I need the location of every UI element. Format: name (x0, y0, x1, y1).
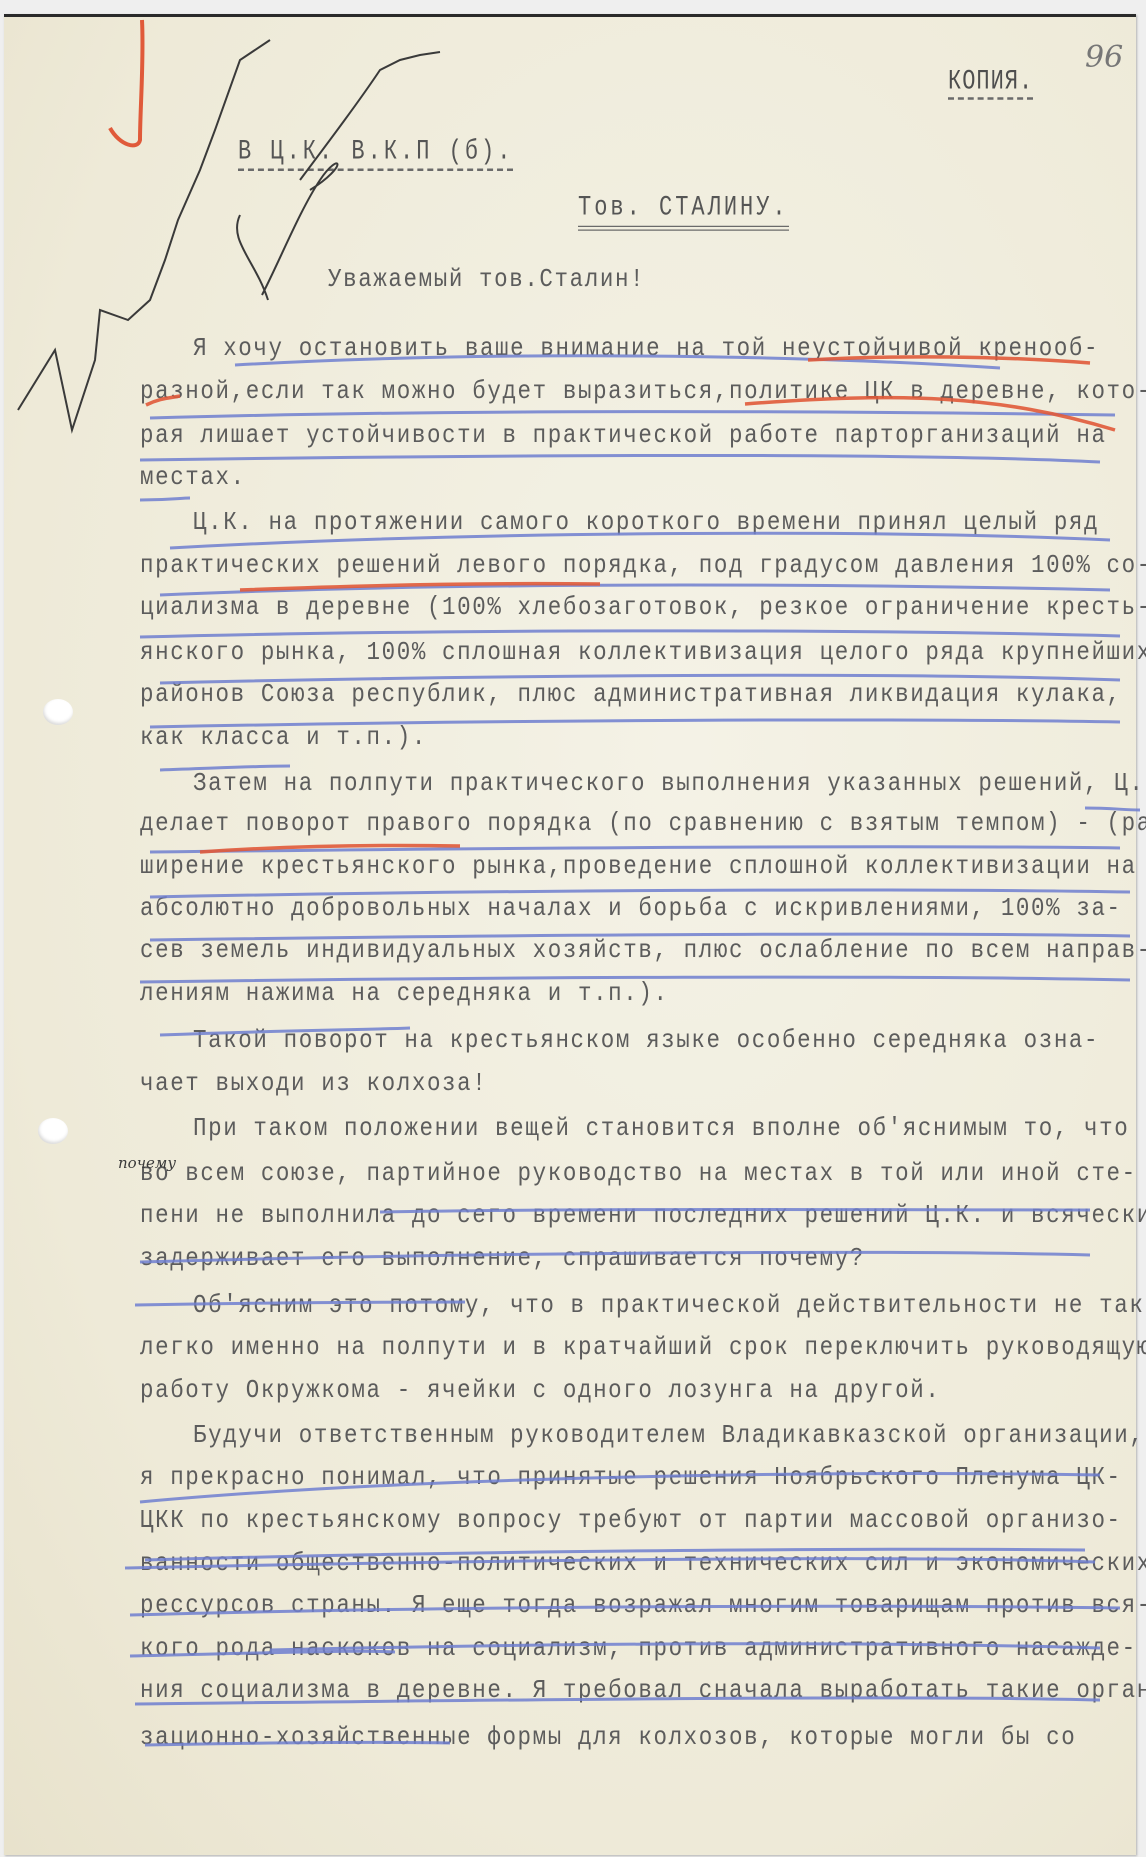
text-line: ния социализма в деревне. Я требовал сна… (140, 1675, 1146, 1705)
text-line: Такой поворот на крестьянском языке особ… (193, 1025, 1099, 1055)
text-line: Затем на полпути практического выполнени… (193, 768, 1146, 798)
text-line: Будучи ответственным руководителем Влади… (193, 1420, 1144, 1450)
text-line: рая лишает устойчивости в практической р… (140, 420, 1107, 450)
text-line: абсолютно добровольных началах и борьба … (140, 893, 1122, 923)
text-line: пени не выполнила до сего времени послед… (140, 1200, 1146, 1230)
text-line: кого рода наскоков на социализм, против … (140, 1633, 1137, 1663)
text-line: во всем союзе, партийное руководство на … (140, 1158, 1137, 1188)
text-line: сев земель индивидуальных хозяйств, плюс… (140, 935, 1146, 965)
text-line: Я хочу остановить ваше внимание на той н… (193, 333, 1099, 363)
text-line: лениям нажима на середняка и т.п.). (140, 978, 669, 1008)
punch-hole (43, 699, 73, 725)
salutation: Уважаемый тов.Сталин! (328, 264, 645, 294)
text-line: делает поворот правого порядка (по сравн… (140, 808, 1146, 838)
text-line: чает выходи из колхоза! (140, 1068, 487, 1098)
text-line: я прекрасно понимал, что принятые решени… (140, 1462, 1122, 1492)
text-line: циализма в деревне (100% хлебозаготовок,… (140, 592, 1146, 622)
addressee-person: Тов. СТАЛИНУ. (578, 192, 789, 231)
text-line: местах. (140, 462, 246, 492)
text-line: Об'ясним это потому, что в практической … (193, 1290, 1144, 1320)
text-line: При таком положении вещей становится впо… (193, 1113, 1129, 1143)
text-line: работу Окружкома - ячейки с одного лозун… (140, 1375, 940, 1405)
text-line: разной,если так можно будет выразиться,п… (140, 376, 1146, 406)
text-line: районов Союза республик, плюс администра… (140, 679, 1122, 709)
text-line: легко именно на полпути и в кратчайший с… (140, 1332, 1146, 1362)
text-line: Ц.К. на протяжении самого короткого врем… (193, 507, 1099, 537)
copy-mark: КОПИЯ. (948, 66, 1033, 100)
text-line: ванности общественно-политических и техн… (140, 1548, 1146, 1578)
page-number: 96 (1085, 40, 1123, 75)
addressee-org: В Ц.К. В.К.П (б). (238, 136, 513, 171)
text-line: янского рынка, 100% сплошная коллективиз… (140, 637, 1146, 667)
text-line: задерживает его выполнение, спрашивается… (140, 1243, 865, 1273)
text-line: ширение крестьянского рынка,проведение с… (140, 851, 1137, 881)
text-line: рессурсов страны. Я еще тогда возражал м… (140, 1590, 1146, 1620)
handwritten-insertion: почему (118, 1154, 176, 1172)
text-line: ЦКК по крестьянскому вопросу требуют от … (140, 1505, 1122, 1535)
text-line: как класса и т.п.). (140, 722, 427, 752)
text-line: практических решений левого порядка, под… (140, 550, 1146, 580)
text-line: зационно-хозяйственные формы для колхозо… (140, 1722, 1076, 1752)
punch-hole (38, 1118, 68, 1144)
